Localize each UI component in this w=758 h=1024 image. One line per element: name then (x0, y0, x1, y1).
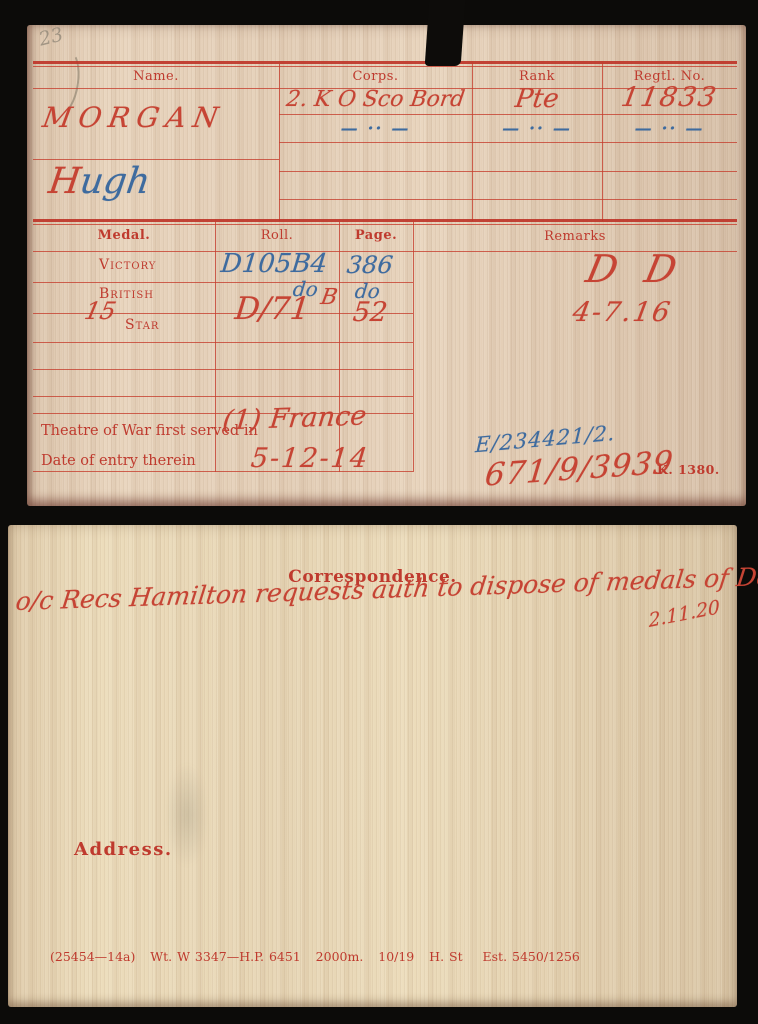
rule-line (33, 61, 737, 64)
rank-value: Pte (470, 84, 604, 114)
scanned-medal-card-image: 23 Name. Corps. Rank Regtl. No. MORGAN H… (0, 0, 758, 1024)
rule-line (33, 369, 413, 370)
rule-line (33, 66, 737, 67)
rule-line (279, 171, 737, 172)
k-number: K. 1380. (657, 462, 720, 477)
column-divider (339, 219, 340, 472)
roll-victory-value: D105B4 (219, 249, 328, 279)
rule-line (279, 142, 737, 143)
roll-column-header: Roll. (215, 228, 339, 243)
page-victory-value: 386 (346, 251, 395, 279)
medal-row-victory-label: Victory (99, 257, 156, 273)
column-divider (279, 61, 280, 221)
medal-column-header: Medal. (33, 228, 215, 243)
theatre-served-value: (1) France (221, 401, 368, 437)
address-label: Address. (74, 839, 173, 860)
corps-value: 2. K O Sco Bord (277, 87, 474, 112)
remarks-date-value: 4-7.16 (570, 297, 674, 328)
forename-value: Hugh (46, 161, 153, 202)
medal-index-card-back: Correspondence. o/c Recs Hamilton reques… (8, 525, 737, 1007)
rule-line (279, 114, 737, 115)
regtl-no-value: 11833 (599, 82, 739, 113)
surname-value: MORGAN (40, 101, 228, 134)
forename-rest: ugh (78, 161, 153, 202)
print-code-footer: (25454—14a) Wt. W 3347—H.P. 6451 2000m. … (50, 949, 580, 964)
entry-date-value: 5-12-14 (249, 443, 370, 474)
roll-annotation-b: B (319, 285, 340, 310)
rule-line (33, 224, 737, 225)
name-column-header: Name. (33, 69, 279, 84)
roll-star-value: D/71 (233, 291, 312, 327)
scan-tear-mark (425, 0, 466, 66)
rule-line (279, 199, 737, 200)
medal-row-star-prefix: 15 (82, 297, 118, 325)
rule-line (33, 396, 413, 397)
pencil-note: 23 (37, 23, 66, 50)
page-column-header: Page. (339, 228, 413, 243)
corps-column-header: Corps. (279, 69, 472, 84)
remarks-column-header: Remarks (413, 229, 737, 244)
entry-date-label: Date of entry therein (41, 453, 196, 469)
rule-line (33, 342, 413, 343)
ditto-mark-corps: — ·· — (279, 119, 472, 139)
page-star-value: 52 (351, 297, 389, 328)
ditto-mark-regtl: — ·· — (602, 119, 737, 139)
rule-line (33, 219, 737, 222)
remarks-dd-value: D D (582, 247, 688, 291)
medal-index-card-front: 23 Name. Corps. Rank Regtl. No. MORGAN H… (27, 25, 746, 506)
correspondence-date: 2.11.20 (648, 596, 720, 632)
medal-row-star-label: Star (125, 317, 159, 333)
ditto-mark-rank: — ·· — (472, 119, 602, 139)
column-divider (413, 219, 414, 472)
rank-column-header: Rank (472, 69, 602, 84)
